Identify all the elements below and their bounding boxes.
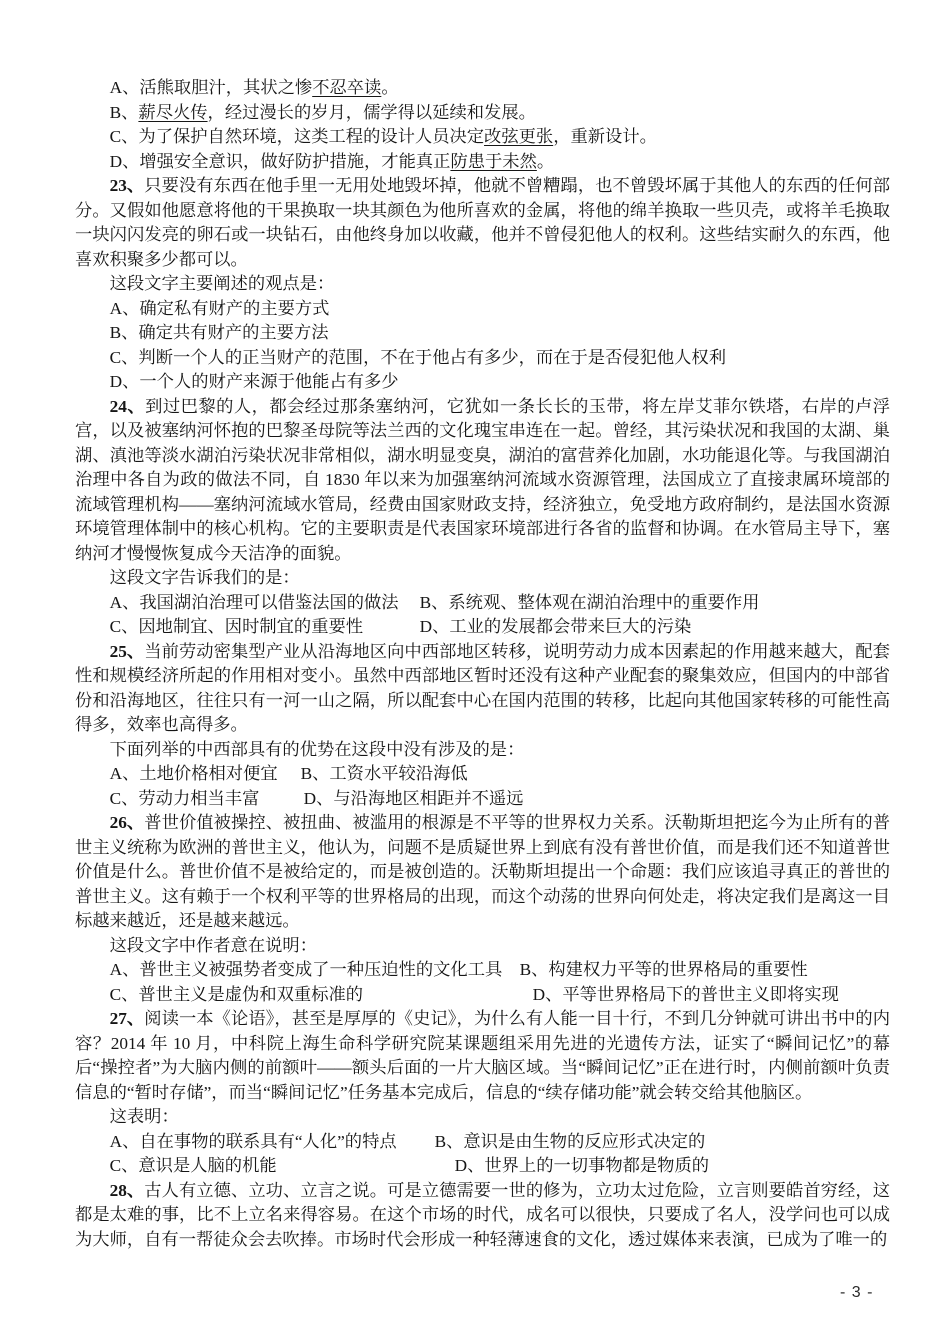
option-line: D、增强安全意识，做好防护措施，才能真正防患于未然。 <box>110 150 890 175</box>
option-label: C、 <box>110 348 139 367</box>
question-number: 25、 <box>110 642 145 661</box>
question-stem: 这段文字告诉我们的是： <box>75 566 890 591</box>
option-cell: C、劳动力相当丰富 <box>110 787 304 812</box>
underlined-phrase: 改弦更张 <box>484 127 553 146</box>
option-line: D、一个人的财产来源于他能占有多少 <box>110 370 890 395</box>
underlined-phrase: 不忍卒读 <box>312 78 381 97</box>
question-text: 当前劳动密集型产业从沿海地区向中西部地区转移，说明劳动力成本因素起的作用越来越大… <box>75 642 890 735</box>
option-line: C、判断一个人的正当财产的范围，不在于他占有多少，而在于是否侵犯他人权利 <box>110 346 890 371</box>
text-segment: 为了保护自然环境，这类工程的设计人员决定 <box>138 127 484 146</box>
option-row: C、意识是人脑的机能D、世界上的一切事物都是物质的 <box>110 1154 890 1179</box>
option-row: A、土地价格相对便宜B、工资水平较沿海低 <box>110 762 890 787</box>
exam-document-page: A、活熊取胆汁，其状之惨不忍卒读。B、薪尽火传，经过漫长的岁月，儒学得以延续和发… <box>0 0 950 1344</box>
option-label: B、 <box>110 323 139 342</box>
question-text: 只要没有东西在他手里一无用处地毁坏掉，他就不曾糟蹋，也不曾毁坏属于其他人的东西的… <box>75 176 890 269</box>
question-number: 26、 <box>110 813 145 832</box>
option-cell: B、意识是由生物的反应形式决定的 <box>435 1130 706 1155</box>
text-segment: 。 <box>537 152 554 171</box>
option-cell: B、工资水平较沿海低 <box>301 762 468 787</box>
underlined-phrase: 薪尽火传 <box>138 103 207 122</box>
option-label: D、 <box>110 152 140 171</box>
option-row: C、因地制宜、因时制宜的重要性D、工业的发展都会带来巨大的污染 <box>110 615 890 640</box>
option-row: A、普世主义被强势者变成了一种压迫性的文化工具B、构建权力平等的世界格局的重要性 <box>110 958 890 983</box>
option-cell: C、普世主义是虚伪和双重标准的 <box>110 983 533 1008</box>
question-text: 古人有立德、立功、立言之说。可是立德需要一世的修为，立功太过危险，立言则要皓首穷… <box>75 1181 890 1249</box>
text-segment: 确定私有财产的主要方式 <box>139 299 329 318</box>
question-paragraph: 28、古人有立德、立功、立言之说。可是立德需要一世的修为，立功太过危险，立言则要… <box>75 1179 890 1253</box>
option-row: A、自在事物的联系具有“人化”的特点B、意识是由生物的反应形式决定的 <box>110 1130 890 1155</box>
question-stem: 这段文字主要阐述的观点是： <box>75 272 890 297</box>
option-label: D、 <box>110 372 140 391</box>
exam-content: A、活熊取胆汁，其状之惨不忍卒读。B、薪尽火传，经过漫长的岁月，儒学得以延续和发… <box>75 76 890 1252</box>
option-label: A、 <box>110 299 140 318</box>
option-cell: C、因地制宜、因时制宜的重要性 <box>110 615 420 640</box>
question-paragraph: 23、只要没有东西在他手里一无用处地毁坏掉，他就不曾糟蹋，也不曾毁坏属于其他人的… <box>75 174 890 272</box>
option-cell: A、土地价格相对便宜 <box>110 762 301 787</box>
question-paragraph: 26、普世价值被操控、被扭曲、被滥用的根源是不平等的世界权力关系。沃勒斯坦把迄今… <box>75 811 890 934</box>
question-stem: 下面列举的中西部具有的优势在这段中没有涉及的是： <box>75 738 890 763</box>
option-cell: B、构建权力平等的世界格局的重要性 <box>520 958 808 983</box>
question-paragraph: 25、当前劳动密集型产业从沿海地区向中西部地区转移，说明劳动力成本因素起的作用越… <box>75 640 890 738</box>
option-line: A、活熊取胆汁，其状之惨不忍卒读。 <box>110 76 890 101</box>
text-segment: 活熊取胆汁，其状之惨 <box>139 78 312 97</box>
question-text: 阅读一本《论语》，甚至是厚厚的《史记》，为什么有人能一目十行，不到几分钟就可讲出… <box>75 1009 890 1102</box>
option-line: B、薪尽火传，经过漫长的岁月，儒学得以延续和发展。 <box>110 101 890 126</box>
question-paragraph: 27、阅读一本《论语》，甚至是厚厚的《史记》，为什么有人能一目十行，不到几分钟就… <box>75 1007 890 1105</box>
text-segment: 增强安全意识，做好防护措施，才能真正 <box>139 152 450 171</box>
question-stem: 这段文字中作者意在说明： <box>75 934 890 959</box>
option-cell: D、平等世界格局下的普世主义即将实现 <box>533 983 839 1008</box>
option-cell: A、自在事物的联系具有“人化”的特点 <box>110 1130 435 1155</box>
option-label: A、 <box>110 78 140 97</box>
option-cell: C、意识是人脑的机能 <box>110 1154 455 1179</box>
underlined-phrase: 防患于未然 <box>450 152 536 171</box>
question-stem: 这表明： <box>75 1105 890 1130</box>
text-segment: 确定共有财产的主要方法 <box>138 323 328 342</box>
option-cell: B、系统观、整体观在湖泊治理中的重要作用 <box>420 591 760 616</box>
text-segment: ，重新设计。 <box>553 127 657 146</box>
question-number: 24、 <box>110 397 146 416</box>
option-line: C、为了保护自然环境，这类工程的设计人员决定改弦更张，重新设计。 <box>110 125 890 150</box>
option-row: A、我国湖泊治理可以借鉴法国的做法B、系统观、整体观在湖泊治理中的重要作用 <box>110 591 890 616</box>
option-label: B、 <box>110 103 139 122</box>
question-text: 到过巴黎的人，都会经过那条塞纳河，它犹如一条长长的玉带，将左岸艾菲尔铁塔，右岸的… <box>75 397 890 563</box>
option-cell: A、我国湖泊治理可以借鉴法国的做法 <box>110 591 420 616</box>
question-paragraph: 24、到过巴黎的人，都会经过那条塞纳河，它犹如一条长长的玉带，将左岸艾菲尔铁塔，… <box>75 395 890 567</box>
question-number: 27、 <box>110 1009 145 1028</box>
option-cell: D、世界上的一切事物都是物质的 <box>455 1154 709 1179</box>
text-segment: 判断一个人的正当财产的范围，不在于他占有多少，而在于是否侵犯他人权利 <box>138 348 726 367</box>
option-row: C、劳动力相当丰富D、与沿海地区相距并不遥远 <box>110 787 890 812</box>
option-line: B、确定共有财产的主要方法 <box>110 321 890 346</box>
option-row: C、普世主义是虚伪和双重标准的D、平等世界格局下的普世主义即将实现 <box>110 983 890 1008</box>
text-segment: 一个人的财产来源于他能占有多少 <box>139 372 398 391</box>
text-segment: 。 <box>381 78 398 97</box>
question-number: 23、 <box>110 176 145 195</box>
text-segment: ，经过漫长的岁月，儒学得以延续和发展。 <box>208 103 536 122</box>
page-number: - 3 - <box>840 1284 873 1302</box>
option-line: A、确定私有财产的主要方式 <box>110 297 890 322</box>
option-label: C、 <box>110 127 139 146</box>
option-cell: A、普世主义被强势者变成了一种压迫性的文化工具 <box>110 958 520 983</box>
question-text: 普世价值被操控、被扭曲、被滥用的根源是不平等的世界权力关系。沃勒斯坦把迄今为止所… <box>75 813 890 930</box>
option-cell: D、与沿海地区相距并不遥远 <box>304 787 524 812</box>
question-number: 28、 <box>110 1181 145 1200</box>
option-cell: D、工业的发展都会带来巨大的污染 <box>420 615 692 640</box>
